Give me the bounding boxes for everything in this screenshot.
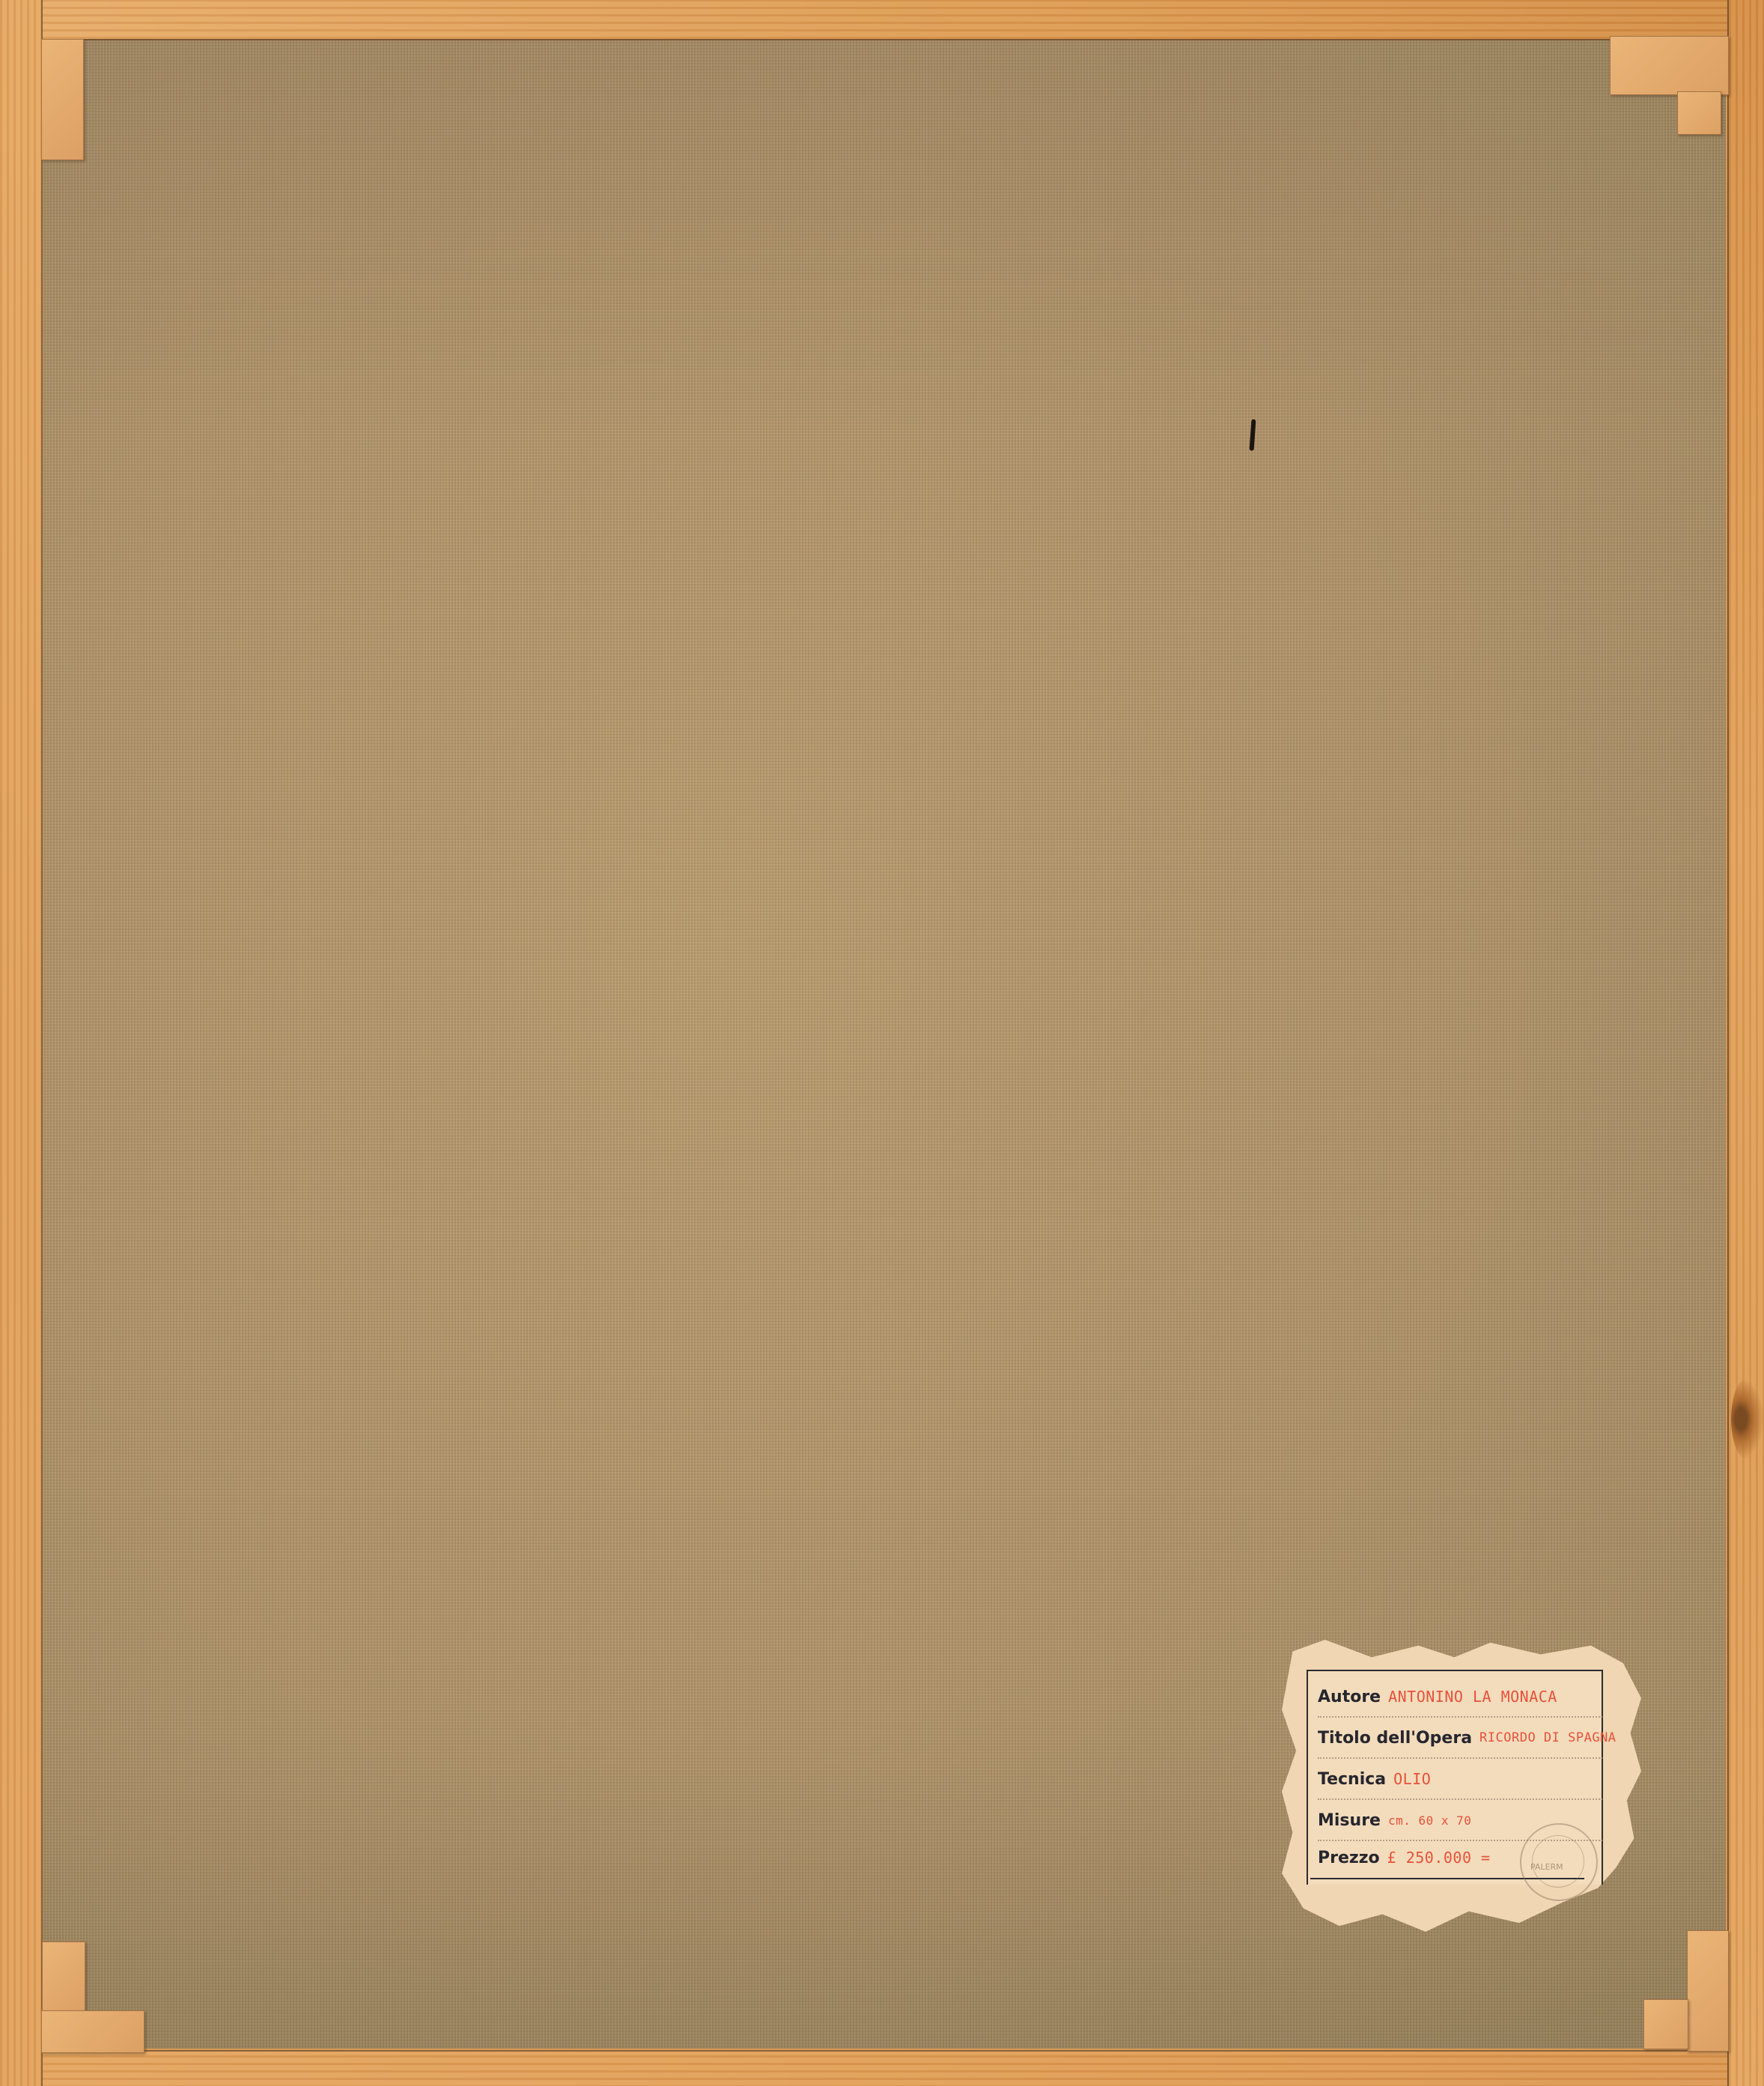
stamp-inner-ring xyxy=(1532,1835,1584,1888)
ink-stamp: PALERM xyxy=(1520,1823,1598,1901)
corner-key-top-right-small xyxy=(1677,91,1721,135)
frame-bottom-bar xyxy=(0,2050,1764,2086)
corner-key-bottom-right-vertical xyxy=(1687,1930,1729,2052)
corner-key-bottom-right-small xyxy=(1643,1999,1688,2049)
stamp-text: PALERM xyxy=(1530,1862,1563,1872)
corner-key-top-left xyxy=(41,39,84,160)
corner-key-bottom-left-vertical xyxy=(42,1941,85,2012)
corner-key-bottom-left-horizontal xyxy=(41,2010,145,2053)
label-value: OLIO xyxy=(1393,1770,1431,1788)
wood-knot xyxy=(1731,1378,1764,1460)
label-key: Autore xyxy=(1318,1688,1381,1706)
label-key: Misure xyxy=(1318,1811,1381,1830)
label-value: ANTONINO LA MONACA xyxy=(1388,1688,1557,1706)
label-key: Tecnica xyxy=(1318,1770,1386,1789)
frame-left-bar xyxy=(0,0,43,2086)
label-value: RICORDO DI SPAGNA xyxy=(1479,1730,1617,1745)
label-row-technique: Tecnica OLIO xyxy=(1318,1760,1602,1800)
frame-top-bar xyxy=(0,0,1764,40)
label-row-title: Titolo dell'Opera RICORDO DI SPAGNA xyxy=(1318,1718,1602,1759)
label-value: cm. 60 x 70 xyxy=(1388,1813,1471,1828)
corner-key-top-right-horizontal xyxy=(1610,36,1729,95)
label-row-author: Autore ANTONINO LA MONACA xyxy=(1318,1677,1602,1718)
label-key: Titolo dell'Opera xyxy=(1318,1729,1472,1748)
frame-right-bar xyxy=(1727,0,1764,2086)
label-key: Prezzo xyxy=(1318,1849,1380,1867)
label-value: £ 250.000 = xyxy=(1387,1849,1491,1867)
